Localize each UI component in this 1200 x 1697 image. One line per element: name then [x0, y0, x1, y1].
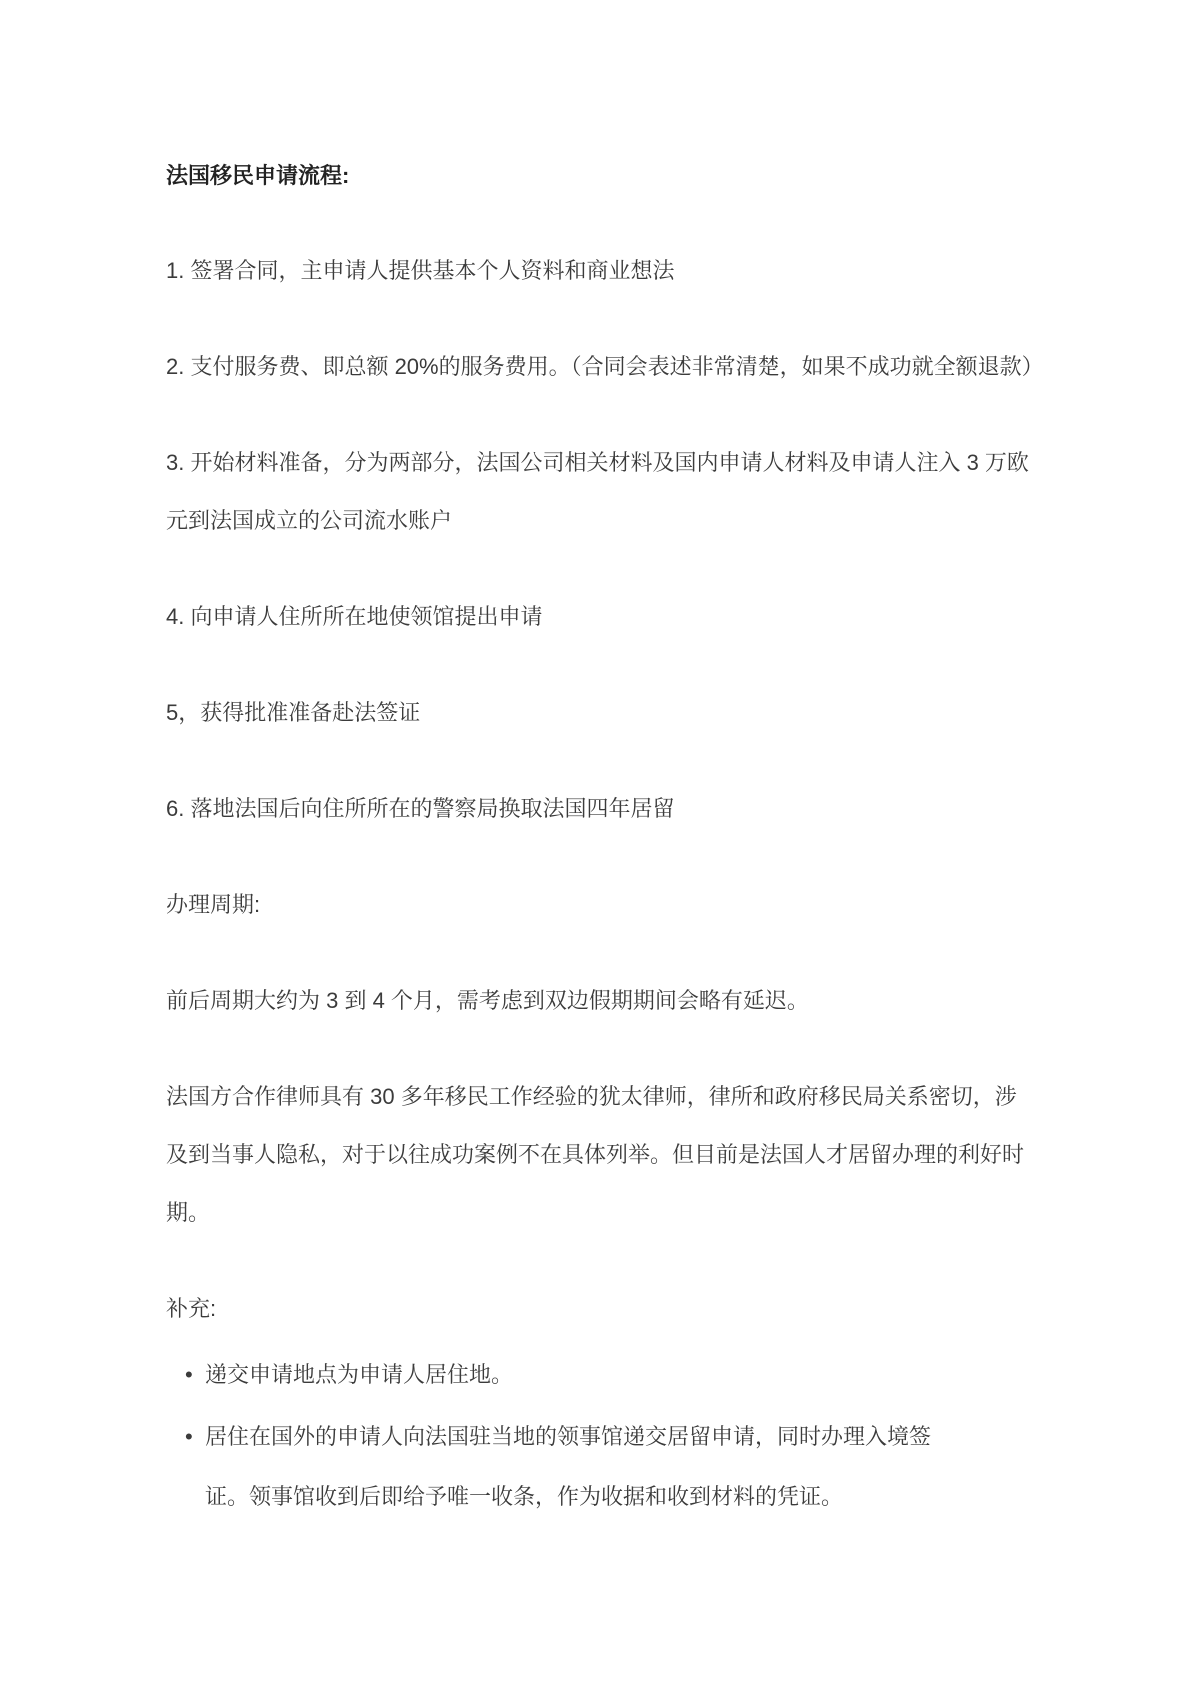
page-title: 法国移民申请流程: [166, 147, 1038, 205]
list-item-text: 递交申请地点为申请人居住地。 [205, 1345, 945, 1405]
list-item: • 居住在国外的申请人向法国驻当地的领事馆递交居留申请，同时办理入境签证。领事馆… [166, 1407, 1038, 1527]
step-2: 2. 支付服务费、即总额 20%的服务费用。（合同会表述非常清楚，如果不成功就全… [166, 338, 1038, 396]
step-6: 6. 落地法国后向住所所在的警察局换取法国四年居留 [166, 780, 1038, 838]
document-page: 法国移民申请流程: 1. 签署合同，主申请人提供基本个人资料和商业想法 2. 支… [0, 0, 1200, 1697]
list-item-text: 居住在国外的申请人向法国驻当地的领事馆递交居留申请，同时办理入境签证。领事馆收到… [205, 1407, 945, 1527]
step-3: 3. 开始材料准备，分为两部分，法国公司相关材料及国内申请人材料及申请人注入 3… [166, 434, 1038, 550]
processing-period-duration: 前后周期大约为 3 到 4 个月，需考虑到双边假期期间会略有延迟。 [166, 972, 1038, 1030]
step-5: 5，获得批准准备赴法签证 [166, 684, 1038, 742]
list-item: • 递交申请地点为申请人居住地。 [166, 1345, 1038, 1405]
step-1: 1. 签署合同，主申请人提供基本个人资料和商业想法 [166, 242, 1038, 300]
step-4: 4. 向申请人住所所在地使领馆提出申请 [166, 588, 1038, 646]
lawyer-info-paragraph: 法国方合作律师具有 30 多年移民工作经验的犹太律师，律所和政府移民局关系密切，… [166, 1068, 1038, 1242]
supplement-list: • 递交申请地点为申请人居住地。 • 居住在国外的申请人向法国驻当地的领事馆递交… [166, 1345, 1038, 1527]
processing-period-heading: 办理周期: [166, 876, 1038, 934]
supplement-heading: 补充: [166, 1280, 1038, 1338]
bullet-icon: • [166, 1345, 205, 1405]
bullet-icon: • [166, 1407, 205, 1467]
